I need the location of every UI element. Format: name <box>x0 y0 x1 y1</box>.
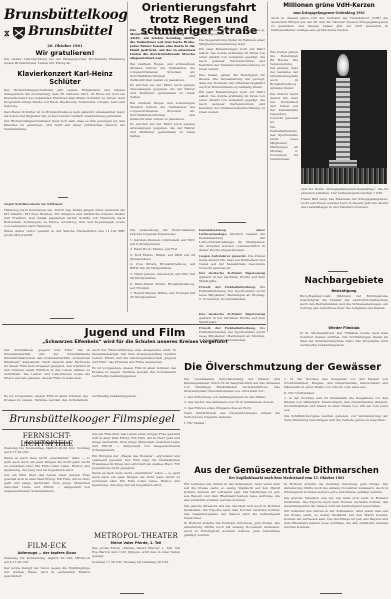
nachbargebiete-sub1: Besichtigung <box>300 289 388 293</box>
divider <box>320 593 342 594</box>
jugend-film-paragraph: Es ist vorgesehen, diesen Film in allen … <box>4 394 137 402</box>
vdh-title: Millionen grüne VdH-Kerzen <box>270 3 388 9</box>
results-intro: Die Auswertung der Kontrollkarten bracht… <box>130 228 195 236</box>
orientierung-col2: 1. Ernst-August Ebert, Brunsbüttelkoog, … <box>199 28 265 218</box>
gemuese-paragraph: Die gleiche Situation wie bei uns lässt … <box>184 504 280 520</box>
oel-paragraph: 1. in der Nordsee das Seegebiet vor den … <box>284 377 388 389</box>
news-item: Gegen Autofahrer gewarnt. Die Polizei we… <box>199 254 265 270</box>
nachbargebiete-title: Nachbargebiete <box>300 276 388 286</box>
cinema-body: Der große Erfolg „Meines Vaters Pferde“ … <box>92 546 180 558</box>
cinema-name: METROPOL-THEATER <box>92 532 180 540</box>
gratulation-body: Die zweite Lehrerprüfung bei der Pädagog… <box>4 57 125 69</box>
divider <box>50 318 74 319</box>
orientierung-results: Die Auswertung der Kontrollkarten bracht… <box>130 228 195 310</box>
cinema-body: wie ein Film über das Leben einer jungen… <box>4 473 90 493</box>
schiffsverkehr-article: Angst Schiffsverkehr im NOKanal Hamburg … <box>4 202 125 314</box>
cinema-film: Wenn die Liebe erwacht <box>4 441 90 445</box>
orientierung-paragraph: Wie immer gaben die Beteiligten ihr Best… <box>270 50 298 90</box>
orientierung-paragraph: Bei starkem Regen und schmierigen Straße… <box>130 62 195 82</box>
masthead-arrow-left-icon: ⧖ <box>4 28 10 39</box>
section-rule <box>2 410 180 411</box>
result-item: 1. Karsten Paulsen, Glückstadt, auf NSU … <box>130 238 195 246</box>
vdh-paragraph: und die Worte „Kriegsgefangenen-Gedenkta… <box>301 187 388 195</box>
orientierung-paragraph: Ein paar Bemerkungen noch zur Fahrt selb… <box>199 90 265 114</box>
news-item: Der deutsche D-Punkt Tapetenzug gastiert… <box>199 271 265 283</box>
vdh-subtitle: zum Kriegsgefangenen-Gedenktag 1961 <box>272 11 386 15</box>
short-news: Instandsetzung einer Luftwarnanlage. Kür… <box>199 228 265 310</box>
vdh-body: Auch in diesem Jahre ruft der Verband de… <box>271 16 388 48</box>
result-item: 4. Uwe Struck, Brunsbüttelkoog, auf BMW … <box>130 262 195 270</box>
masthead-line2: Brunsbüttel <box>28 24 120 39</box>
gratulation-title: Wir gratulieren! <box>6 49 124 57</box>
oel-list-item: 3. das Führen eines Öltagebuches an Bord… <box>184 406 280 410</box>
gemuese-title: Aus der Gemüsezentrale Dithmarschen <box>184 465 389 475</box>
oel-col2: 1. in der Nordsee das Seegebiet vor den … <box>284 377 388 447</box>
news-item: Der deutsche D-Punkt Tapetenzug gastiert… <box>199 312 265 324</box>
konzert-title: Klavierkonzert Karl-Heinz Schlüter <box>14 71 116 86</box>
cinema-body: Wenn es nach viele nicht „unerfahren“ wä… <box>92 471 180 487</box>
schiffsverkehr-footer: Einen Anker verlor gestern in der Weiche… <box>4 229 125 237</box>
oel-intro: Die zunehmende Verschmutzung der Küsten … <box>184 377 280 393</box>
jugend-film-col1: Der Arbeitskreis „Jugend und Film“ hat i… <box>4 348 90 394</box>
oel-col1: Die zunehmende Verschmutzung der Küsten … <box>184 377 280 447</box>
vdh-paragraph: Unser Bild zeigt das Mahnmal der Kriegsg… <box>301 197 388 209</box>
news-body: gastiert in der nächsten Woche auf dem M… <box>199 275 265 283</box>
cinema-info: Dienstag bis Donnerstag, täglich 20.00 U… <box>4 446 90 538</box>
divider <box>58 197 68 198</box>
gemuese-paragraph: Wir befinden uns mitten in der Kohlsaiso… <box>184 482 280 502</box>
gemuese-paragraph: Die gleiche Situation wie bei uns lässt … <box>284 496 388 508</box>
gemuese-paragraph: Wir befinden uns mitten in der Kohlsaiso… <box>284 509 388 529</box>
orientierung-paragraph: Es wurden bei der Fahrt nach genaue Anwe… <box>130 83 195 99</box>
orientierung-paragraph: Ein paar Bemerkungen noch zur Fahrt selb… <box>199 47 265 71</box>
cinema-times: Sonntag 17.30 Uhr, Montag bis Dienstag 2… <box>92 560 180 564</box>
vdh-body-continued: und die Worte „Kriegsgefangenen-Gedenkta… <box>301 187 388 249</box>
oel-paragraph: II. Für Nichttanker: <box>284 391 388 395</box>
column-divider <box>267 2 268 332</box>
cinema-name: FILM-ECK <box>4 542 90 550</box>
news-item: Instandsetzung einer Luftwarnanlage. Kür… <box>199 228 265 252</box>
divider <box>218 222 246 223</box>
short-news-lower: Der deutsche D-Punkt Tapetenzug gastiert… <box>199 312 265 342</box>
filmspiegel-middle-col: wie ein Film über das Leben einer jungen… <box>92 432 180 532</box>
cinema-body: wie ein Film über das Leben einer jungen… <box>92 432 180 452</box>
cinema-times: Dienstag bis Donnerstag, täglich 20.00 U… <box>4 446 90 454</box>
news-body: gastiert in der nächsten Woche auf dem M… <box>199 316 265 324</box>
candle-column <box>336 78 350 172</box>
result-item: 7. Rudolf Bösser, Büttel, auf Triumph mi… <box>130 291 195 299</box>
oel-paragraph: Die Schiffahrtsorgane werden gebeten, zu… <box>284 414 388 422</box>
oel-list-item: 1. Die Errichtung von Auffanganlagen in … <box>184 395 280 399</box>
gemuese-col2: In Rotkohl erzielte die Zentrale durchwe… <box>284 482 388 586</box>
konzert-paragraph: Der Richard-Wagner-Verband gibt seinen M… <box>4 88 125 108</box>
jugend-film-paragraph: Es ist vorgesehen, diesen Film in allen … <box>92 366 176 378</box>
cinema-film: Meine Vater Pferde, 1. Teil <box>92 541 180 545</box>
cinema-film: Adlerauge — der tapfere Sioux <box>4 551 90 555</box>
cinema-body: Wenn es nach viele nicht „unerfahren“ wä… <box>4 456 90 472</box>
news-body: Die Fußballabteilung des Sportvereins su… <box>270 125 298 161</box>
filmspiegel-title: Brunsbüttelkooger Filmspiegel <box>4 413 180 425</box>
schiffsverkehr-title: Angst Schiffsverkehr im NOKanal <box>4 202 63 206</box>
konzert-paragraph: Karl-Heinz Schlüter ist in Brunsbüttelko… <box>4 110 125 118</box>
jugend-film-col2: nach der Filmvorführung eine Aussprache … <box>92 348 176 394</box>
konzert-paragraph: Der Richard-Wagner-Verband freut sich se… <box>4 119 125 131</box>
nachbargebiete-body1: Burg-Hemmer-Lehr. Während der Bildungsre… <box>300 294 388 324</box>
oel-paragraph: 1. in der Nordsee und im Ostatlantik die… <box>284 396 388 412</box>
oel-title: Die Ölverschmutzung der Gewässer <box>184 362 389 373</box>
column-divider <box>127 2 128 312</box>
result-item: 6. Hans-Dieter Bruhn, Brunsbüttelkoog, a… <box>130 282 195 290</box>
orientierung-col1: Die 9. Orientierungsfahrt des Motorclub … <box>130 28 195 228</box>
orientierung-paragraph: Die Siegerehrung findet im Rahmen einer … <box>199 38 265 46</box>
nachbargebiete-sub2: Wieder Filmklub <box>300 326 388 330</box>
flame-shape <box>337 54 349 76</box>
news-body: Die Polizei weist darauf hin, dass bei D… <box>270 92 298 124</box>
masthead-line1: Brunsbüttelkoog <box>4 7 122 23</box>
section-rule <box>2 429 180 430</box>
cinema-body: Ein Hörspiel der „Magie des Romans“, erg… <box>92 454 180 470</box>
result-item: 3. Rolf Ehlers, Büttel, auf DKW mit 24 S… <box>130 253 195 261</box>
oel-list-item: 2. das Verbot des Ablassens von Öl in be… <box>184 400 280 404</box>
cinema-info: Der große Erfolg „Meines Vaters Pferde“ … <box>92 546 180 586</box>
crowd-shape <box>301 168 387 184</box>
jugend-film-paragraph: nach der Filmvorführung eine Aussprache … <box>92 348 176 364</box>
divider <box>120 593 144 594</box>
orientierung-lead: Die 9. Orientierungsfahrt des Motorclub … <box>130 28 195 60</box>
cinema-times: Dienstag bis Donnerstag, täglich 20 Uhr,… <box>4 556 90 564</box>
issue-date: 20. Oktober 1961 <box>20 44 110 48</box>
candle-monument-photo <box>301 50 387 184</box>
gemuese-paragraph: In Rotkohl erzielte die Zentrale durchwe… <box>284 482 388 494</box>
orientierung-paragraph: Wie immer gaben die Beteiligten ihr Best… <box>199 73 265 89</box>
konzert-body: Der Richard-Wagner-Verband gibt seinen M… <box>4 88 125 194</box>
gemuese-subtitle: Der Kopfkohlmarkt nach dem Marktstand vo… <box>184 476 389 480</box>
orientierung-rank1: 1. Ernst-August Ebert, Brunsbüttelkoog, … <box>199 28 265 36</box>
orientierung-paragraph: Es wurden bei der Fahrt nach genaue Anwe… <box>130 122 195 138</box>
result-item: 5. Heinz Jensen, Albersdorf, auf NSU mit… <box>130 272 195 280</box>
oel-footer: I. Für Tanker: <box>184 421 280 425</box>
coat-of-arms-icon <box>12 25 26 39</box>
news-item: Erweit. der Fußballabteilung. Die Fußbal… <box>199 326 265 342</box>
divider <box>328 271 348 272</box>
gemuese-paragraph: In Rotkohl erzielte die Zentrale durchwe… <box>184 521 280 537</box>
gemuese-col1: Wir befinden uns mitten in der Kohlsaiso… <box>184 482 280 594</box>
left-of-photo-text: Wie immer gaben die Beteiligten ihr Best… <box>270 50 298 250</box>
result-item: 2. Hans Bock, Marne, auf Fiat <box>130 247 195 251</box>
cinema-body: Der letzte Kampf der Sioux gegen die Ein… <box>4 566 90 578</box>
orientierung-paragraph: Bei starkem Regen und schmierigen Straße… <box>130 101 195 121</box>
jugend-film-col3: Es ist vorgesehen, diesen Film in allen … <box>4 394 176 408</box>
schiffsverkehr-body: Hamburg nach Kolumbien ein. Durch den Ka… <box>4 208 125 228</box>
news-item: Erweit. der Fußballabteilung. Die Fußbal… <box>199 285 265 301</box>
nachbargebiete-body2: In St. Michaelisdonn. Der Filmklub wurde… <box>300 331 388 359</box>
oel-footer: Nach Inkrafttreten des Übereinkommens er… <box>184 411 280 419</box>
cinema-info: Dienstag bis Donnerstag, täglich 20 Uhr,… <box>4 556 90 596</box>
